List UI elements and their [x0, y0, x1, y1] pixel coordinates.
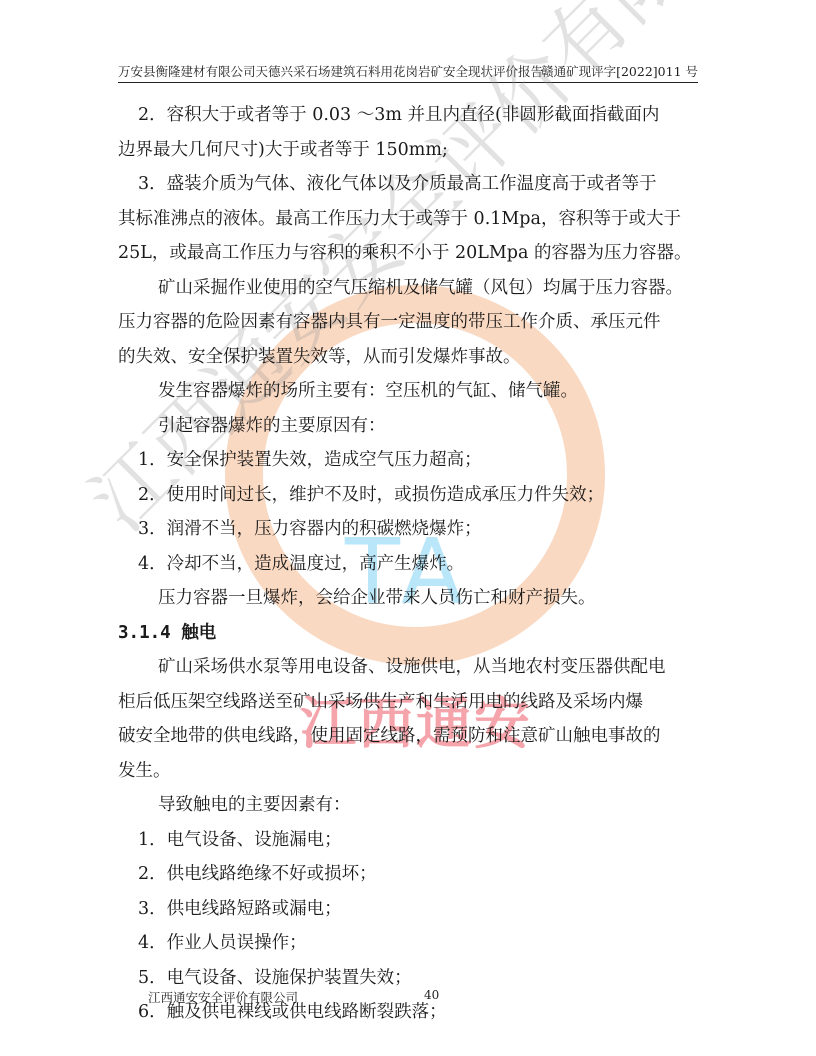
paragraph-line: 发生。	[118, 754, 702, 789]
list-item: 3．润滑不当，压力容器内的积碳燃烧爆炸；	[118, 512, 702, 547]
list-item: 1．安全保护装置失效，造成空气压力超高；	[118, 443, 702, 478]
paragraph-line: 矿山采掘作业使用的空气压缩机及储气罐（风包）均属于压力容器。	[118, 271, 702, 306]
list-item: 5．电气设备、设施保护装置失效；	[118, 961, 702, 996]
page-header: 万安县衡隆建材有限公司天德兴采石场建筑石料用花岗岩矿安全现状评价报告 赣通矿现评…	[118, 62, 698, 82]
list-item: 2．供电线路绝缘不好或损坏；	[118, 857, 702, 892]
paragraph-line: 破安全地带的供电线路，使用固定线路，需预防和注意矿山触电事故的	[118, 719, 702, 754]
paragraph-line: 压力容器一旦爆炸，会给企业带来人员伤亡和财产损失。	[118, 581, 702, 616]
paragraph-line: 25L，或最高工作压力与容积的乘积不小于 20LMpa 的容器为压力容器。	[118, 236, 702, 271]
paragraph-line: 发生容器爆炸的场所主要有：空压机的气缸、储气罐。	[118, 374, 702, 409]
paragraph-line: 导致触电的主要因素有：	[118, 788, 702, 823]
list-item: 2．使用时间过长，维护不及时，或损伤造成承压力件失效；	[118, 478, 702, 513]
report-title: 万安县衡隆建材有限公司天德兴采石场建筑石料用花岗岩矿安全现状评价报告	[118, 62, 543, 80]
paragraph-line: 柜后低压架空线路送至矿山采场供生产和生活用电的线路及采场内爆	[118, 685, 702, 720]
section-heading: 3.1.4 触电	[118, 616, 702, 651]
paragraph-line: 边界最大几何尺寸)大于或者等于 150mm;	[118, 133, 702, 168]
paragraph-line: 引起容器爆炸的主要原因有：	[118, 409, 702, 444]
document-code: 赣通矿现评字[2022]011 号	[541, 62, 698, 80]
paragraph-line: 压力容器的危险因素有容器内具有一定温度的带压工作介质、承压元件	[118, 305, 702, 340]
list-item: 6．触及供电裸线或供电线路断裂跌落；	[118, 995, 702, 1030]
paragraph-line: 的失效、安全保护装置失效等，从而引发爆炸事故。	[118, 340, 702, 375]
list-item: 1．电气设备、设施漏电；	[118, 823, 702, 858]
header-divider	[118, 82, 698, 83]
list-item: 4．作业人员误操作；	[118, 926, 702, 961]
paragraph-line: 3．盛装介质为气体、液化气体以及介质最高工作温度高于或者等于	[118, 167, 702, 202]
document-body: 2．容积大于或者等于 0.03 ～3m 并且内直径(非圆形截面指截面内 边界最大…	[118, 98, 702, 1030]
list-item: 3．供电线路短路或漏电；	[118, 892, 702, 927]
paragraph-line: 其标准沸点的液体。最高工作压力大于或等于 0.1Mpa，容积等于或大于	[118, 202, 702, 237]
list-item: 4．冷却不当，造成温度过，高产生爆炸。	[118, 547, 702, 582]
paragraph-line: 2．容积大于或者等于 0.03 ～3m 并且内直径(非圆形截面指截面内	[118, 98, 702, 133]
paragraph-line: 矿山采场供水泵等用电设备、设施供电，从当地农村变压器供配电	[118, 650, 702, 685]
